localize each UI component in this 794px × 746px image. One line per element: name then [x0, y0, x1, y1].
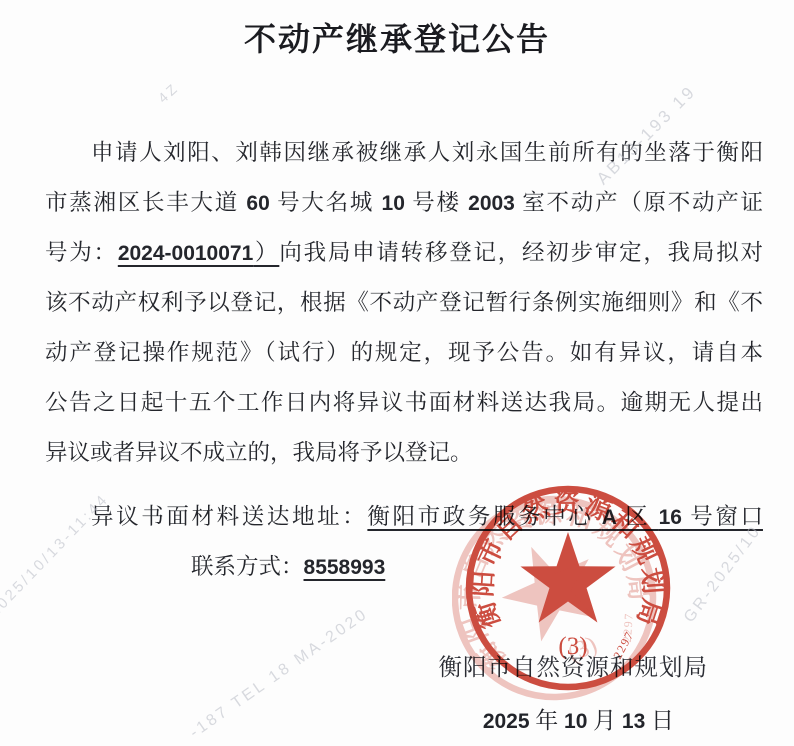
body-line: 号为：2024-0010071）向我局申请转移登记，经初步审定，我局拟对 [45, 228, 763, 278]
scan-artifact: -187 TEL 18 MA-2020 [187, 605, 372, 742]
body-line: 异议或者异议不成立的，我局将予以登记。 [45, 428, 763, 478]
text-segment: 月 [587, 708, 622, 733]
body-line: 申请人刘阳、刘韩因继承被继承人刘永国生前所有的坐落于衡阳 [45, 128, 763, 178]
text-segment: 市蒸湘区长丰大道 [45, 190, 246, 215]
text-segment: 10 [564, 710, 587, 733]
text-segment: 13 [622, 710, 645, 733]
text-segment: 向我局申请转移登记，经初步审定，我局拟对 [279, 240, 763, 265]
text-segment: 联系方式： [191, 554, 304, 579]
body-line: 动产登记操作规范》（试行）的规定，现予公告。如有异议，请自本 [45, 328, 763, 378]
scan-artifact: 4Z [155, 79, 182, 106]
announcement-page: 不动产继承登记公告 申请人刘阳、刘韩因继承被继承人刘永国生前所有的坐落于衡阳市蒸… [0, 0, 794, 746]
text-segment: 号楼 [405, 190, 468, 215]
text-segment: 该不动产权利予以登记，根据《不动产登记暂行条例实施细则》和《不 [45, 290, 763, 315]
text-segment: 60 [246, 192, 269, 215]
body-line: 市蒸湘区长丰大道 60 号大名城 10 号楼 2003 室不动产（原不动产证 [45, 178, 763, 228]
text-segment: 区 [617, 504, 659, 529]
text-segment: ） [253, 240, 279, 265]
text-segment: 年 [530, 708, 565, 733]
text-segment: 8558993 [304, 556, 386, 579]
body-line: 公告之日起十五个工作日内将异议书面材料送达我局。逾期无人提出 [45, 378, 763, 428]
text-segment: 号为： [45, 240, 118, 265]
text-segment: 2003 [468, 192, 515, 215]
text-segment: 公告之日起十五个工作日内将异议书面材料送达我局。逾期无人提出 [45, 390, 763, 415]
body-line: 联系方式：8558993 [45, 542, 763, 592]
text-segment: 号窗口 [682, 504, 763, 529]
text-segment: 异议或者异议不成立的，我局将予以登记。 [45, 440, 473, 465]
text-segment: 申请人刘阳、刘韩因继承被继承人刘永国生前所有的坐落于衡阳 [91, 140, 763, 165]
text-segment: 室不动产（原不动产证 [515, 190, 763, 215]
text-segment: 16 [659, 506, 682, 529]
document-title: 不动产继承登记公告 [0, 14, 794, 60]
text-segment: 动产登记操作规范》（试行）的规定，现予公告。如有异议，请自本 [45, 340, 763, 365]
document-body: 申请人刘阳、刘韩因继承被继承人刘永国生前所有的坐落于衡阳市蒸湘区长丰大道 60 … [45, 128, 763, 592]
text-segment: 10 [382, 192, 405, 215]
text-segment: 衡阳市政务服务中心 [367, 504, 601, 529]
issuing-authority: 衡阳市自然资源和规划局 [439, 648, 709, 682]
text-segment: 2025 [483, 710, 530, 733]
text-segment: 2024-0010071 [118, 242, 253, 265]
text-segment: 日 [645, 708, 674, 733]
issue-date: 2025 年 10 月 13 日 [483, 702, 674, 735]
body-line: 异议书面材料送达地址：衡阳市政务服务中心 A 区 16 号窗口 [45, 492, 763, 542]
text-segment: 号大名城 [270, 190, 382, 215]
text-segment: A [602, 506, 617, 529]
body-line: 该不动产权利予以登记，根据《不动产登记暂行条例实施细则》和《不 [45, 278, 763, 328]
text-segment: 异议书面材料送达地址： [91, 504, 367, 529]
